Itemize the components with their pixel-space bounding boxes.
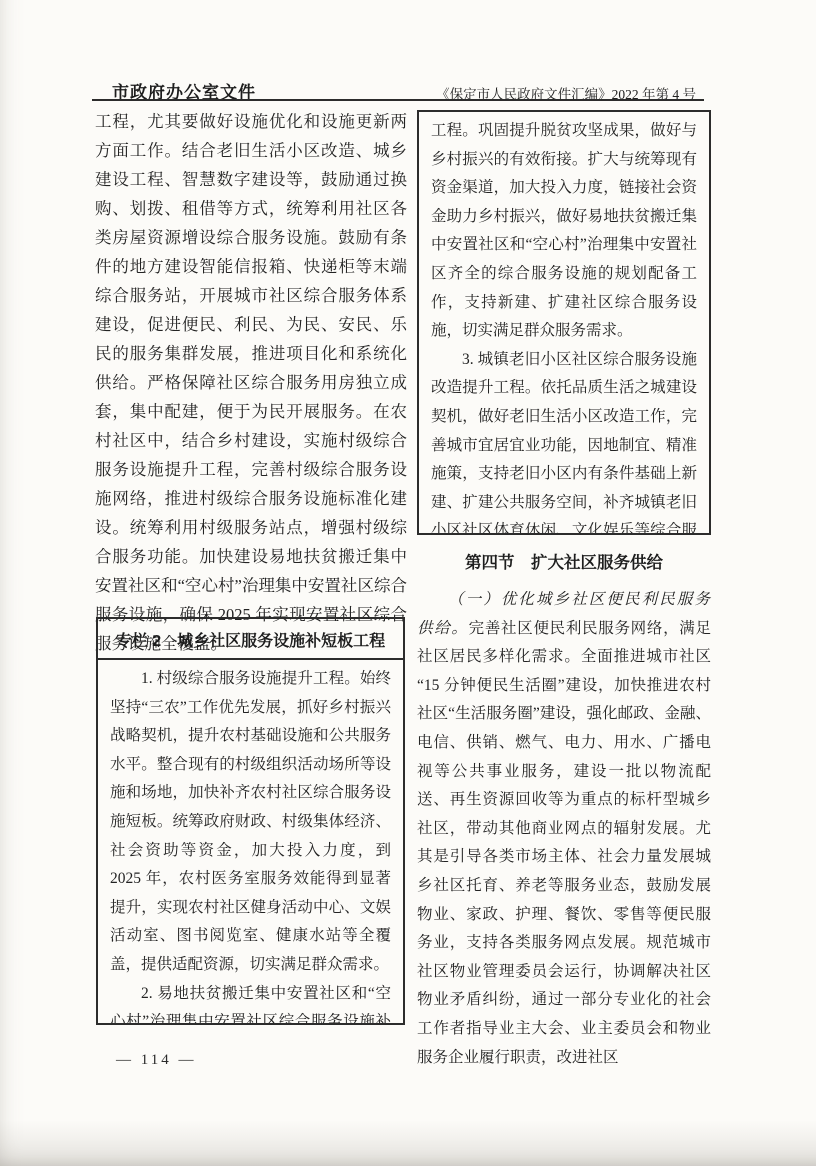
paragraph-body-text: 完善社区便民利民服务网络，满足社区居民多样化需求。全面推进城市社区“15 分钟便… bbox=[417, 620, 711, 1066]
callout-box-item-3: 3. 城镇老旧小区社区综合服务设施改造提升工程。依托品质生活之城建设契机，做好老… bbox=[431, 346, 697, 535]
callout-box-title: 专栏 2 城乡社区服务设施补短板工程 bbox=[98, 619, 403, 660]
section-heading: 第四节 扩大社区服务供给 bbox=[417, 549, 711, 573]
header-divider-rule bbox=[92, 99, 704, 101]
callout-box-continuation-paragraph: 工程。巩固提升脱贫攻坚成果，做好与乡村振兴的有效衔接。扩大与统筹现有资金渠道，加… bbox=[431, 117, 697, 346]
callout-box-body: 1. 村级综合服务设施提升工程。始终坚持“三农”工作优先发展，抓好乡村振兴战略契… bbox=[98, 660, 403, 1025]
right-column-paragraph: （一）优化城乡社区便民利民服务供给。完善社区便民利民服务网络，满足社区居民多样化… bbox=[417, 586, 711, 1072]
document-page: 市政府办公室文件 《保定市人民政府文件汇编》2022 年第 4 号 工程，尤其要… bbox=[0, 0, 816, 1166]
left-column-callout-box: 专栏 2 城乡社区服务设施补短板工程 1. 村级综合服务设施提升工程。始终坚持“… bbox=[96, 617, 405, 1025]
page-number: — 114 — bbox=[116, 1052, 196, 1069]
callout-box-item-2: 2. 易地扶贫搬迁集中安置社区和“空心村”治理集中安置社区综合服务设施补短板 bbox=[110, 980, 391, 1025]
callout-box-item-1: 1. 村级综合服务设施提升工程。始终坚持“三农”工作优先发展，抓好乡村振兴战略契… bbox=[110, 665, 391, 980]
callout-box-continuation-body: 工程。巩固提升脱贫攻坚成果，做好与乡村振兴的有效衔接。扩大与统筹现有资金渠道，加… bbox=[419, 112, 709, 535]
left-column-paragraph: 工程，尤其要做好设施优化和设施更新两方面工作。结合老旧生活小区改造、城乡建设工程… bbox=[95, 107, 407, 658]
right-column-callout-box-continuation: 工程。巩固提升脱贫攻坚成果，做好与乡村振兴的有效衔接。扩大与统筹现有资金渠道，加… bbox=[417, 110, 711, 535]
